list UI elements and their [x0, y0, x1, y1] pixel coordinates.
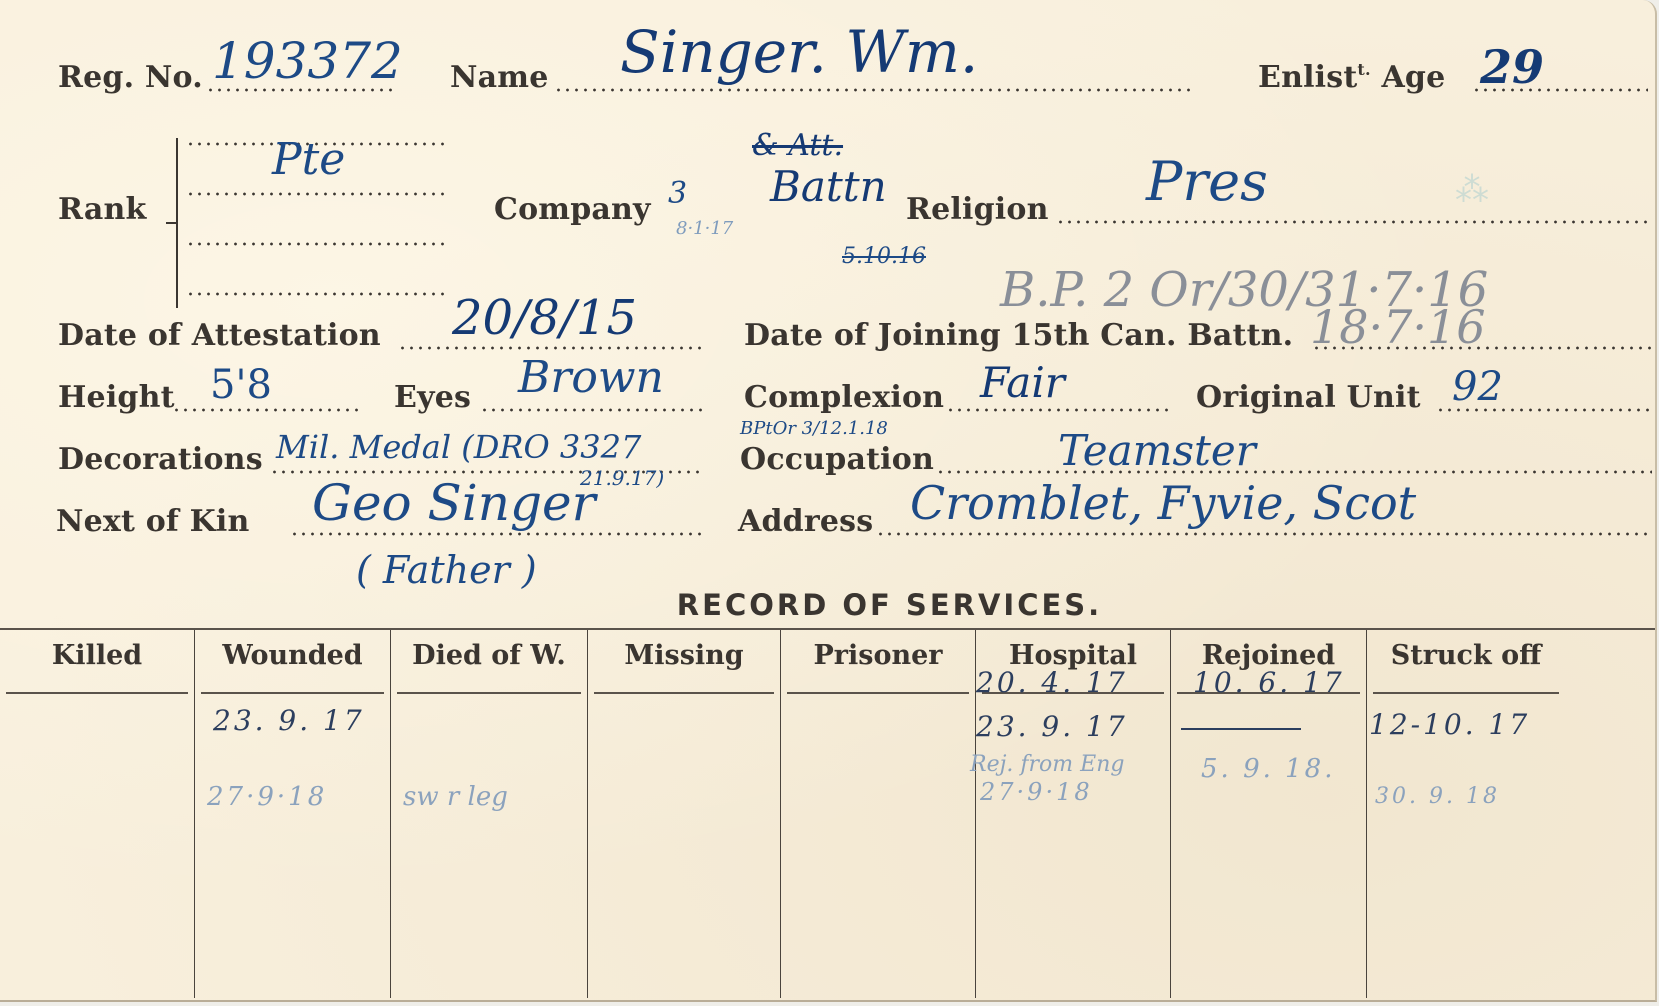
address-dotted-line [876, 532, 1652, 536]
column-rejoined: Rejoined 10. 6. 17 5. 9. 18. [1171, 630, 1367, 998]
struck-off-entry-2: 30. 9. 18 [1375, 784, 1500, 809]
eyes-value: Brown [518, 352, 664, 403]
rejoined-entry-1: 10. 6. 17 [1193, 666, 1345, 699]
enlist-age-label-text: Enlist [1258, 60, 1357, 95]
address-label: Address [738, 504, 873, 539]
column-rule [6, 692, 188, 694]
column-hospital: Hospital 20. 4. 17 23. 9. 17 Rej. from E… [976, 630, 1171, 998]
column-header: Prisoner [781, 640, 975, 671]
hospital-entry-2: 23. 9. 17 [976, 710, 1128, 743]
rank-line-4 [186, 292, 446, 296]
original-unit-value: 92 [1452, 364, 1503, 410]
attestation-card: Reg. No. 193372 Name Singer. Wm. Enlistt… [0, 0, 1657, 1002]
enlist-age-label: Enlistt. Age [1258, 60, 1445, 95]
next-of-kin-relation: ( Father ) [356, 548, 537, 592]
next-of-kin-value: Geo Singer [312, 474, 595, 532]
date-of-attestation-value: 20/8/15 [452, 290, 637, 346]
faint-stamp-mark: ⁂ [1455, 170, 1565, 230]
column-header: Missing [588, 640, 780, 671]
struck-off-entry-1: 12-10. 17 [1369, 708, 1530, 741]
hospital-entry-4: 27·9·18 [980, 778, 1093, 806]
rejoined-entry-3: 5. 9. 18. [1201, 754, 1336, 784]
company-note-top: & Att. [752, 128, 843, 163]
rank-value: Pte [272, 134, 345, 185]
column-wounded: Wounded 23. 9. 17 27·9·18 [195, 630, 391, 998]
next-of-kin-dotted-line [290, 532, 702, 536]
height-dotted-line [172, 408, 364, 412]
height-label: Height [58, 380, 175, 415]
column-missing: Missing [588, 630, 781, 998]
hospital-entry-1: 20. 4. 17 [976, 666, 1128, 699]
column-died-of-wounds: Died of W. sw r leg [391, 630, 588, 998]
date-of-joining-label: Date of Joining 15th Can. Battn. [744, 318, 1293, 353]
complexion-value: Fair [980, 358, 1065, 407]
column-header: Killed [0, 640, 194, 671]
column-rule [201, 692, 384, 694]
occupation-value: Teamster [1058, 426, 1256, 475]
decorations-value: Mil. Medal (DRO 3327 [276, 428, 641, 466]
occupation-note: BPtOr 3/12.1.18 [740, 418, 888, 439]
company-date-small: 8·1·17 [676, 218, 733, 239]
column-rule [397, 692, 581, 694]
height-value: 5'8 [210, 362, 272, 408]
rejoined-entry-2-dash [1181, 728, 1301, 730]
occupation-dotted-line [936, 470, 1652, 474]
name-value: Singer. Wm. [620, 18, 978, 86]
religion-value: Pres [1146, 150, 1268, 213]
decorations-label: Decorations [58, 442, 263, 477]
record-of-services-title: RECORD OF SERVICES. [0, 588, 1657, 622]
company-struck-date: 5.10.16 [842, 244, 926, 269]
rank-label: Rank [58, 192, 146, 227]
address-value: Cromblet, Fyvie, Scot [910, 476, 1416, 530]
column-prisoner: Prisoner [781, 630, 976, 998]
date-of-joining-value: 18·7·16 [1310, 300, 1486, 354]
religion-label: Religion [906, 192, 1049, 227]
occupation-label: Occupation [740, 442, 934, 477]
eyes-label: Eyes [394, 380, 471, 415]
date-of-attestation-dotted-line [398, 346, 702, 350]
column-header: Wounded [195, 640, 390, 671]
company-battalion: Battn [770, 162, 887, 211]
died-of-wounds-entry: sw r leg [403, 782, 508, 812]
wounded-entry-2: 27·9·18 [207, 782, 327, 812]
rank-brace [176, 138, 192, 308]
complexion-label: Complexion [744, 380, 944, 415]
column-rule [1373, 692, 1559, 694]
company-label: Company [494, 192, 651, 227]
enlist-age-value: 29 [1480, 40, 1544, 94]
column-rule [787, 692, 969, 694]
wounded-entry-1: 23. 9. 17 [213, 704, 365, 737]
date-of-attestation-label: Date of Attestation [58, 318, 381, 353]
reg-no-label: Reg. No. [58, 60, 203, 95]
column-header: Struck off [1367, 640, 1565, 671]
column-header: Died of W. [391, 640, 587, 671]
enlist-age-label-text2: Age [1371, 60, 1446, 95]
hospital-entry-3: Rej. from Eng [970, 752, 1124, 777]
rank-line-2 [186, 192, 446, 196]
column-rule [594, 692, 774, 694]
original-unit-label: Original Unit [1196, 380, 1421, 415]
complexion-dotted-line [946, 408, 1172, 412]
eyes-dotted-line [480, 408, 702, 412]
rank-brace-tip [166, 222, 178, 224]
reg-no-value: 193372 [212, 32, 403, 90]
enlist-age-label-sup: t. [1357, 60, 1370, 79]
column-struck-off: Struck off 12-10. 17 30. 9. 18 [1367, 630, 1655, 998]
name-label: Name [450, 60, 549, 95]
record-of-services-title-text: RECORD OF SERVICES. [677, 588, 1102, 622]
rank-line-3 [186, 242, 446, 246]
record-of-services-table: Killed Wounded 23. 9. 17 27·9·18 Died of… [0, 630, 1655, 998]
company-value: 3 [668, 176, 687, 211]
name-dotted-line [554, 88, 1194, 92]
column-killed: Killed [0, 630, 195, 998]
next-of-kin-label: Next of Kin [56, 504, 250, 539]
